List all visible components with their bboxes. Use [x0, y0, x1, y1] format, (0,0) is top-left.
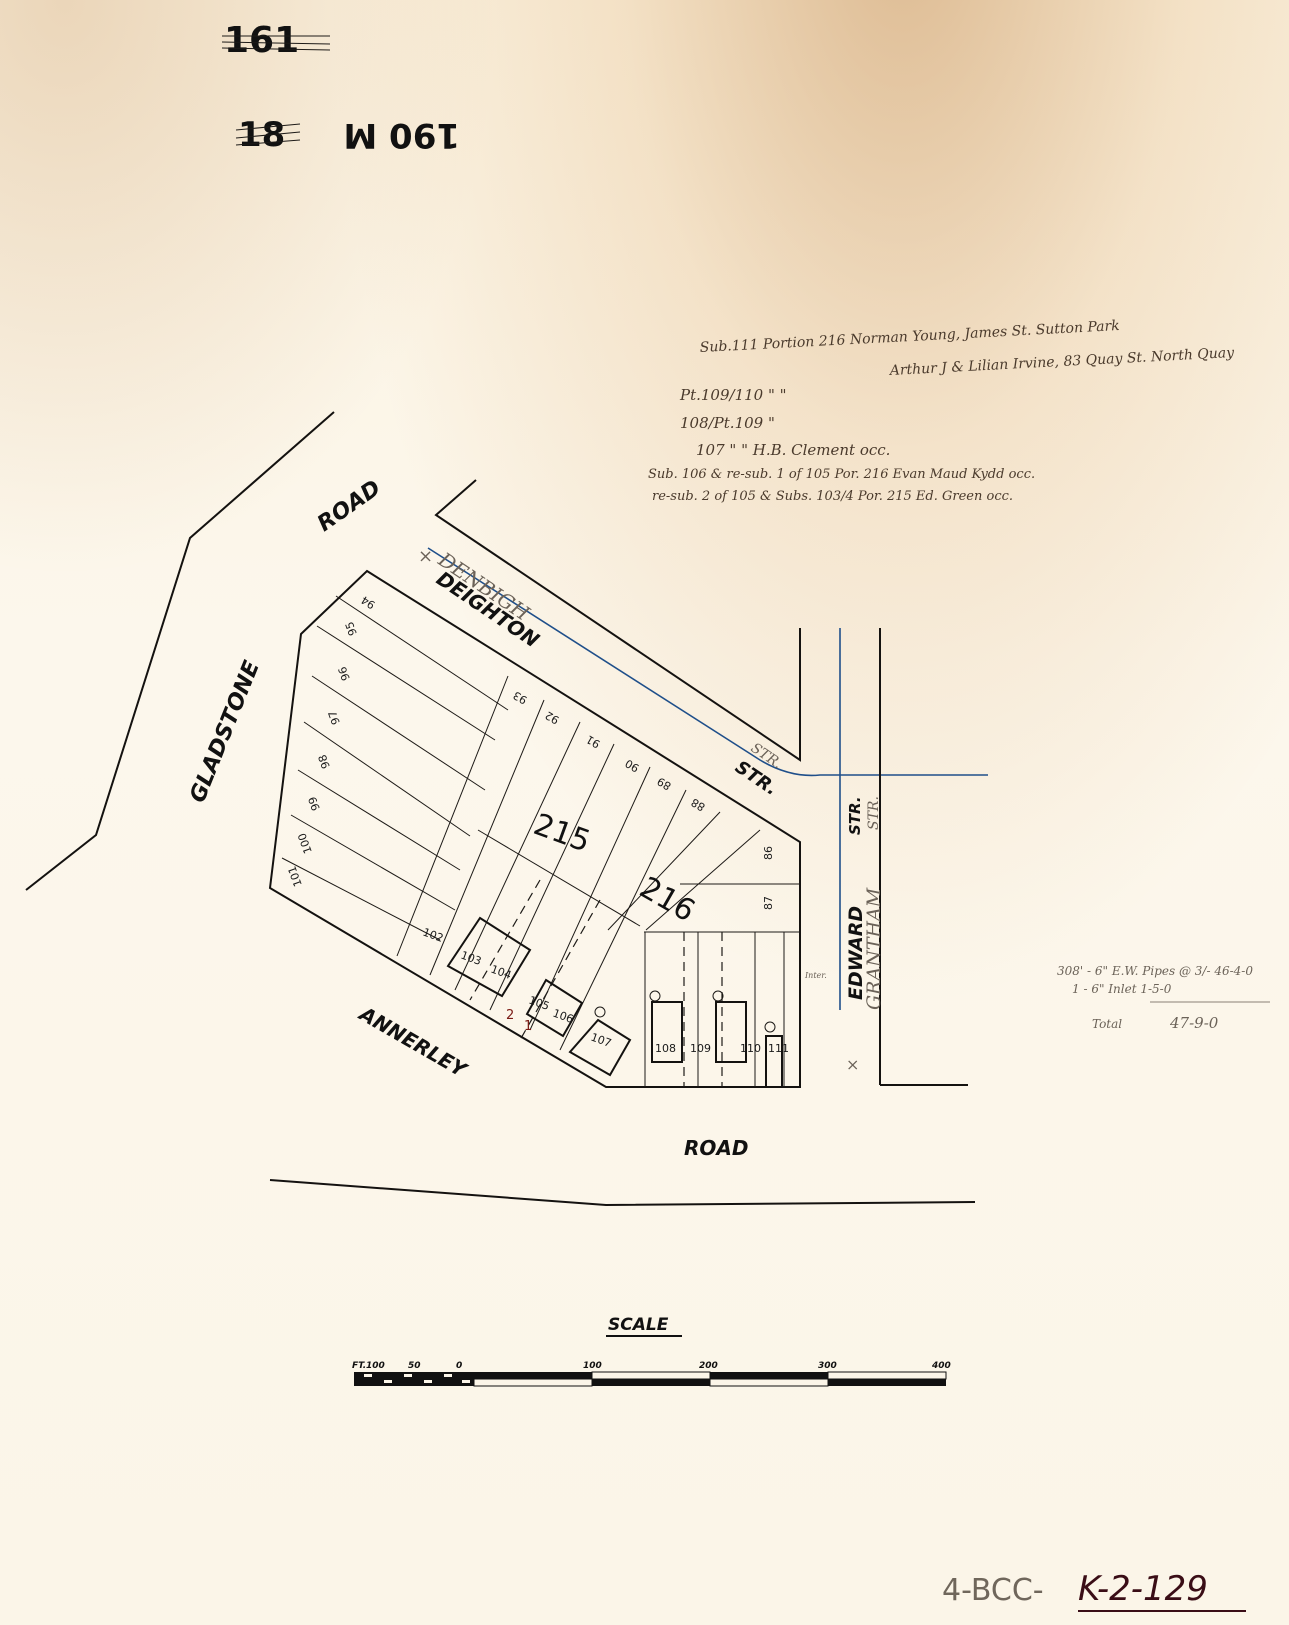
reference-code: K-2-129	[1078, 1569, 1208, 1609]
note-line-3: Pt.109/110 " "	[679, 386, 787, 404]
lot-91: 91	[584, 732, 603, 750]
note-line-5: 107 " " H.B. Clement occ.	[696, 441, 890, 459]
scale-tick-200: 200	[699, 1361, 718, 1371]
lot-92: 92	[543, 708, 562, 726]
lot-111: 111	[768, 1042, 789, 1055]
scale-tick-300: 300	[818, 1361, 837, 1371]
scale-tick-100: 100	[583, 1361, 602, 1371]
annerley-road: ANNERLEY ROAD	[270, 1001, 975, 1205]
scale-tick-0: 0	[456, 1361, 462, 1371]
lot-89: 89	[655, 774, 674, 792]
note-line-1: Sub.111 Portion 216 Norman Young, James …	[699, 318, 1120, 356]
edward-street: EDWARD STR. GRANTHAM STR. ×	[840, 628, 968, 1085]
struck-plan-number: 161	[224, 20, 299, 61]
edward-suffix: STR.	[846, 796, 864, 835]
scale-unit: FT.	[352, 1361, 366, 1371]
lot-102: 102	[421, 926, 445, 945]
lot-108: 108	[655, 1042, 676, 1055]
lot-105: 105	[527, 994, 551, 1013]
scale-tick-50: 50	[408, 1361, 421, 1371]
ownership-notes: Sub.111 Portion 216 Norman Young, James …	[648, 318, 1236, 504]
calc-total-value: 47-9-0	[1169, 1014, 1219, 1032]
lot-97: 97	[326, 709, 343, 727]
calc-line-1: 308' - 6" E.W. Pipes @ 3/- 46-4-0	[1057, 964, 1253, 978]
intersection-note: Inter.	[804, 971, 827, 980]
note-line-7: re-sub. 2 of 105 & Subs. 103/4 Por. 215 …	[652, 489, 1013, 504]
gladstone-label: GLADSTONE	[185, 657, 265, 806]
lot-90: 90	[623, 756, 642, 774]
lot-86: 86	[762, 846, 775, 860]
lot-104: 104	[489, 963, 513, 982]
annerley-road-suffix: ROAD	[684, 1136, 748, 1160]
resub-1: 1	[524, 1019, 532, 1034]
lot-109: 109	[690, 1042, 711, 1055]
lot-93: 93	[511, 688, 530, 706]
survey-plan-sheet: 161 190 M 18 GLADSTONE ROAD DENBIGH DEIG…	[0, 0, 1289, 1625]
scale-bar: SCALE FT. 100 50 0 100 200 300 400	[352, 1315, 951, 1386]
reference-prefix: 4-BCC-	[942, 1573, 1044, 1608]
lot-106: 106	[551, 1007, 575, 1026]
x-mark: ×	[418, 546, 433, 567]
lot-96: 96	[336, 665, 353, 683]
deighton-street: DENBIGH DEIGHTON STR. STR. ×	[418, 480, 988, 800]
resub-2: 2	[506, 1008, 514, 1023]
plan-number-marks: 161 190 M 18	[222, 20, 460, 155]
x-mark: ×	[846, 1055, 859, 1074]
scale-title: SCALE	[608, 1315, 669, 1335]
struck-prefix: 18	[238, 115, 285, 155]
reference-number: 4-BCC- K-2-129	[942, 1569, 1246, 1611]
lot-87: 87	[762, 896, 775, 910]
note-line-2: Arthur J & Lilian Irvine, 83 Quay St. No…	[887, 345, 1235, 379]
lot-99: 99	[306, 795, 323, 813]
portion-216: 216	[634, 870, 701, 929]
grantham-pencil-suffix: STR.	[866, 796, 882, 830]
map-drawing: 161 190 M 18 GLADSTONE ROAD DENBIGH DEIG…	[0, 0, 1289, 1625]
calc-line-2: 1 - 6" Inlet 1-5-0	[1072, 982, 1172, 996]
scale-tick-400: 400	[931, 1361, 951, 1371]
lot-98: 98	[316, 753, 333, 771]
note-line-4: 108/Pt.109 "	[680, 414, 775, 432]
gladstone-road-suffix: ROAD	[313, 476, 385, 537]
note-line-6: Sub. 106 & re-sub. 1 of 105 Por. 216 Eva…	[648, 467, 1035, 482]
gladstone-road: GLADSTONE ROAD	[26, 412, 386, 890]
annerley-label: ANNERLEY	[354, 1001, 473, 1083]
lot-103: 103	[459, 949, 483, 968]
lot-107: 107	[589, 1031, 613, 1050]
pencil-calculation: 308' - 6" E.W. Pipes @ 3/- 46-4-0 1 - 6"…	[1057, 964, 1270, 1032]
plan-number: 190 M	[343, 115, 460, 155]
lot-100: 100	[295, 831, 314, 855]
lot-110: 110	[740, 1042, 761, 1055]
lot-88: 88	[689, 795, 708, 813]
calc-total-label: Total	[1092, 1017, 1122, 1031]
scale-tick-100-left: 100	[366, 1361, 385, 1371]
grantham-pencil-label: GRANTHAM	[863, 887, 885, 1010]
portion-215: 215	[529, 807, 595, 859]
lot-94: 94	[359, 593, 378, 611]
lot-95: 95	[343, 620, 360, 638]
